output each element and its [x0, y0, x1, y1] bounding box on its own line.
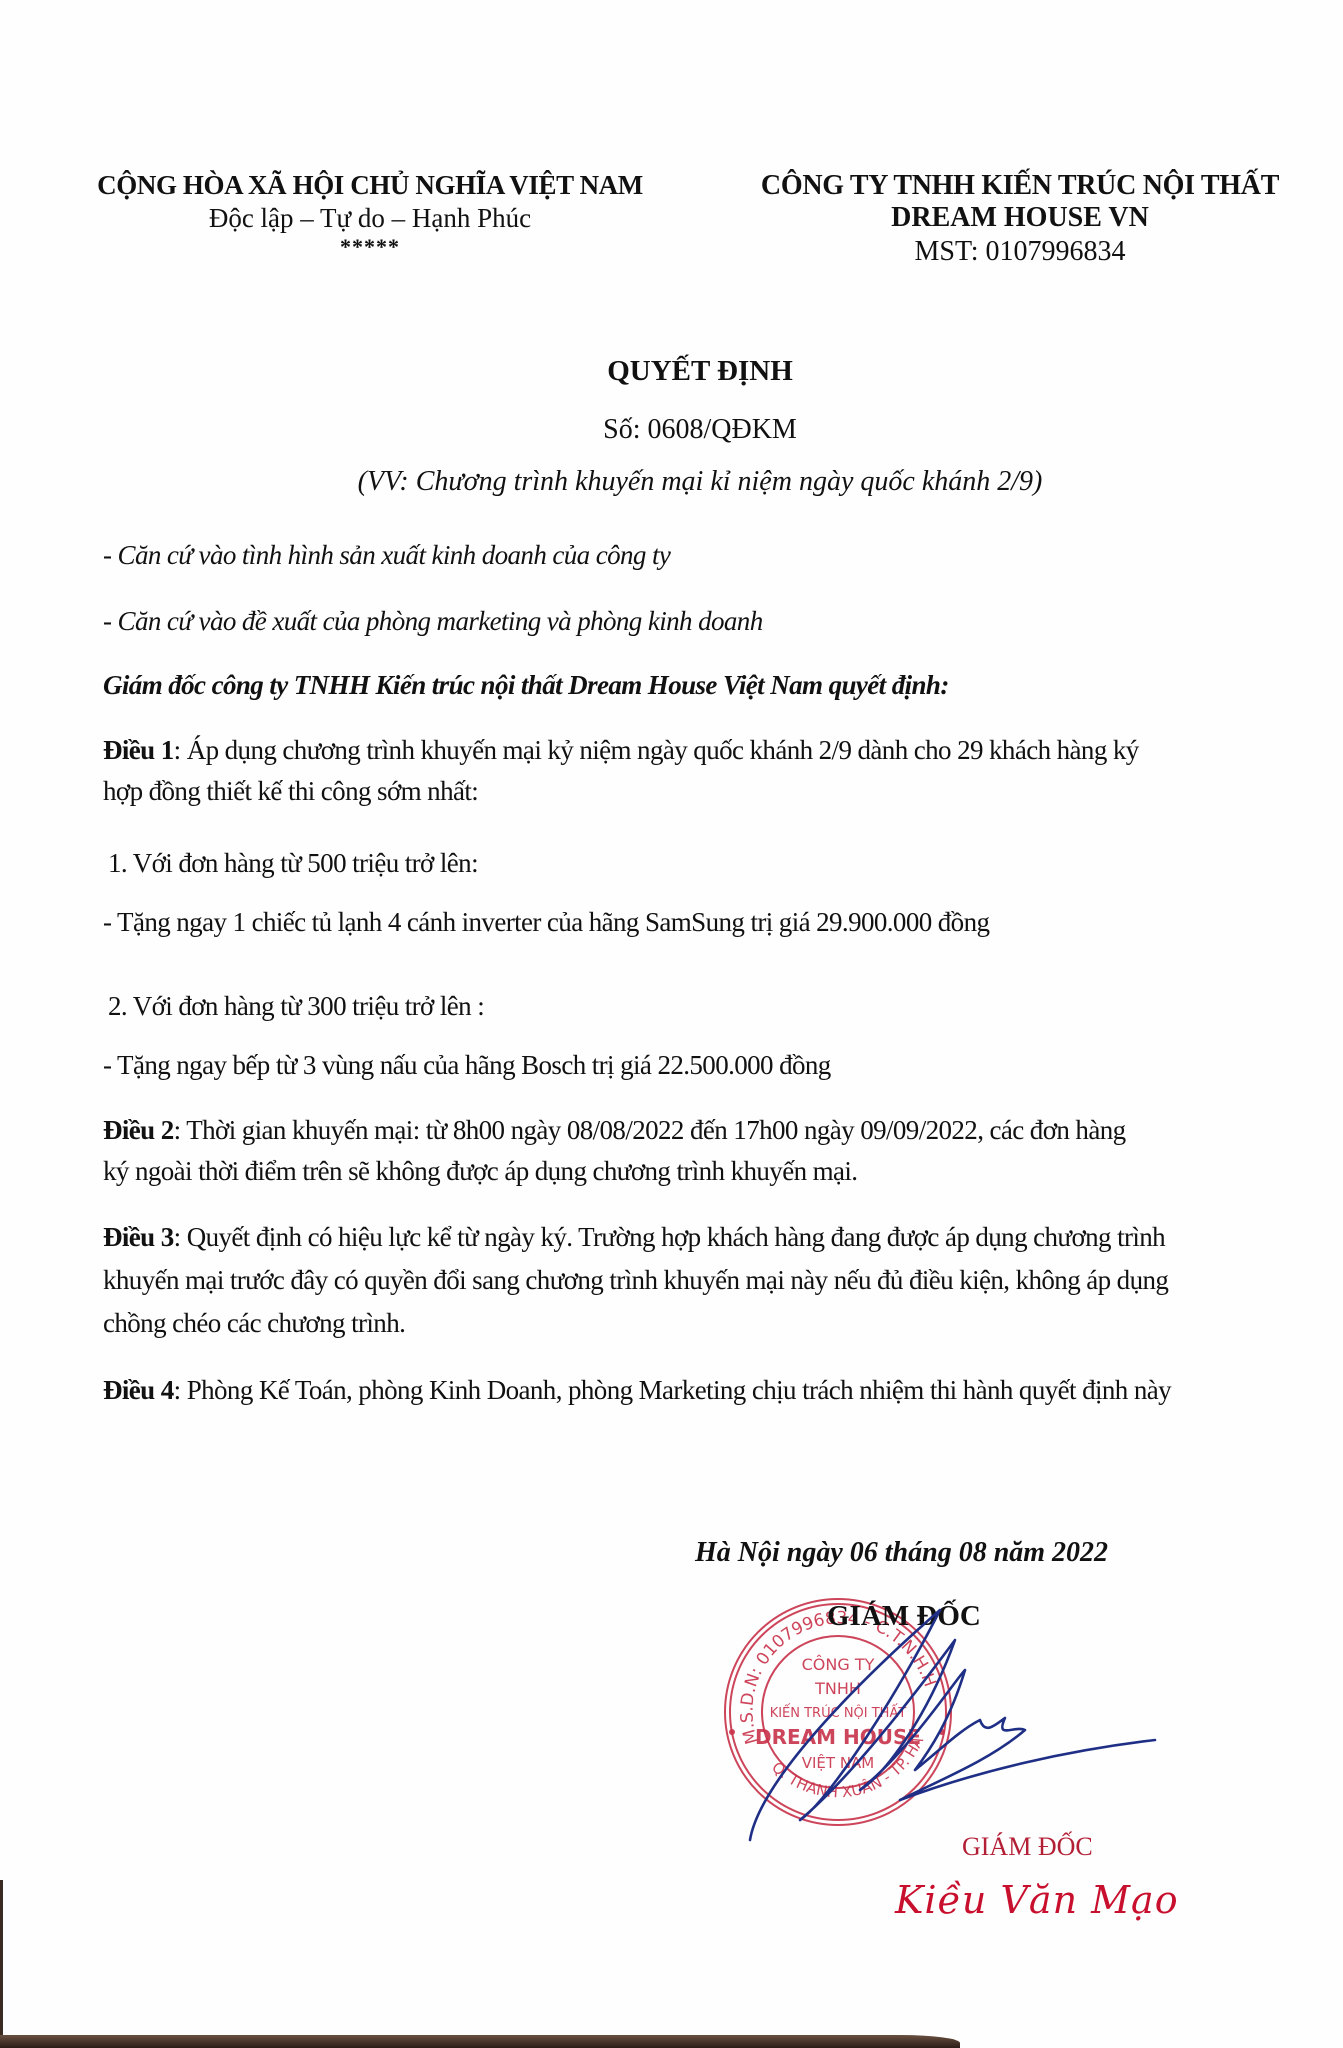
national-title: CỘNG HÒA XÃ HỘI CHỦ NGHĨA VIỆT NAM: [30, 170, 710, 201]
stamp-title: GIÁM ĐỐC: [962, 1832, 1093, 1862]
article-3-line-2: khuyến mại trước đây có quyền đổi sang c…: [103, 1265, 1168, 1296]
decision-title: QUYẾT ĐỊNH: [300, 355, 1100, 388]
basis-line-2: - Căn cứ vào đề xuất của phòng marketing…: [103, 606, 763, 637]
article-3-line-1: Điều 3: Quyết định có hiệu lực kể từ ngà…: [103, 1222, 1165, 1253]
basis-line-1: - Căn cứ vào tình hình sản xuất kinh doa…: [103, 540, 670, 571]
decision-subject: (VV: Chương trình khuyến mại kỉ niệm ngà…: [300, 466, 1100, 498]
article-4-line-1: Điều 4: Phòng Kế Toán, phòng Kinh Doanh,…: [103, 1375, 1171, 1406]
decision-title-block: QUYẾT ĐỊNH Số: 0608/QĐKM (VV: Chương trì…: [300, 355, 1100, 498]
decision-intro: Giám đốc công ty TNHH Kiến trúc nội thất…: [103, 670, 949, 701]
article-1-line-2: hợp đồng thiết kế thi công sớm nhất:: [103, 776, 478, 807]
article-2-text: : Thời gian khuyến mại: từ 8h00 ngày 08/…: [174, 1115, 1126, 1145]
company-name-line2: DREAM HOUSE VN: [700, 202, 1340, 234]
signing-date: Hà Nội ngày 06 tháng 08 năm 2022: [695, 1537, 1108, 1569]
article-3-label: Điều 3: [103, 1222, 174, 1252]
national-header: CỘNG HÒA XÃ HỘI CHỦ NGHĨA VIỆT NAM Độc l…: [30, 170, 710, 260]
decision-number: Số: 0608/QĐKM: [300, 414, 1100, 446]
article-2-line-2: ký ngoài thời điểm trên sẽ không được áp…: [103, 1156, 857, 1187]
company-header: CÔNG TY TNHH KIẾN TRÚC NỘI THẤT DREAM HO…: [700, 170, 1340, 268]
photo-edge-shadow: [0, 1880, 3, 2048]
company-tax-code: MST: 0107996834: [700, 236, 1340, 268]
tier-2-heading: 2. Với đơn hàng từ 300 triệu trở lên :: [108, 991, 484, 1022]
handwritten-signature-icon: [740, 1600, 1170, 1860]
company-name-line1: CÔNG TY TNHH KIẾN TRÚC NỘI THẤT: [700, 170, 1340, 202]
photo-bottom-shadow: [0, 2035, 960, 2048]
article-1-label: Điều 1: [103, 735, 174, 765]
signer-name: Kiều Văn Mạo: [895, 1878, 1179, 1922]
article-4-label: Điều 4: [103, 1375, 174, 1405]
article-3-text: : Quyết định có hiệu lực kể từ ngày ký. …: [174, 1222, 1165, 1252]
article-4-text: : Phòng Kế Toán, phòng Kinh Doanh, phòng…: [174, 1375, 1171, 1405]
article-2-line-1: Điều 2: Thời gian khuyến mại: từ 8h00 ng…: [103, 1115, 1126, 1146]
article-2-label: Điều 2: [103, 1115, 174, 1145]
document-page: CỘNG HÒA XÃ HỘI CHỦ NGHĨA VIỆT NAM Độc l…: [0, 0, 1343, 2048]
article-1-line-1: Điều 1: Áp dụng chương trình khuyến mại …: [103, 735, 1139, 766]
national-motto: Độc lập – Tự do – Hạnh Phúc: [30, 203, 710, 234]
tier-2-gift: - Tặng ngay bếp từ 3 vùng nấu của hãng B…: [103, 1050, 831, 1081]
tier-1-heading: 1. Với đơn hàng từ 500 triệu trở lên:: [108, 848, 478, 879]
article-3-line-3: chồng chéo các chương trình.: [103, 1308, 405, 1339]
header-stars: *****: [30, 234, 710, 260]
article-1-text: : Áp dụng chương trình khuyến mại kỷ niệ…: [174, 735, 1139, 765]
tier-1-gift: - Tặng ngay 1 chiếc tủ lạnh 4 cánh inver…: [103, 907, 989, 938]
